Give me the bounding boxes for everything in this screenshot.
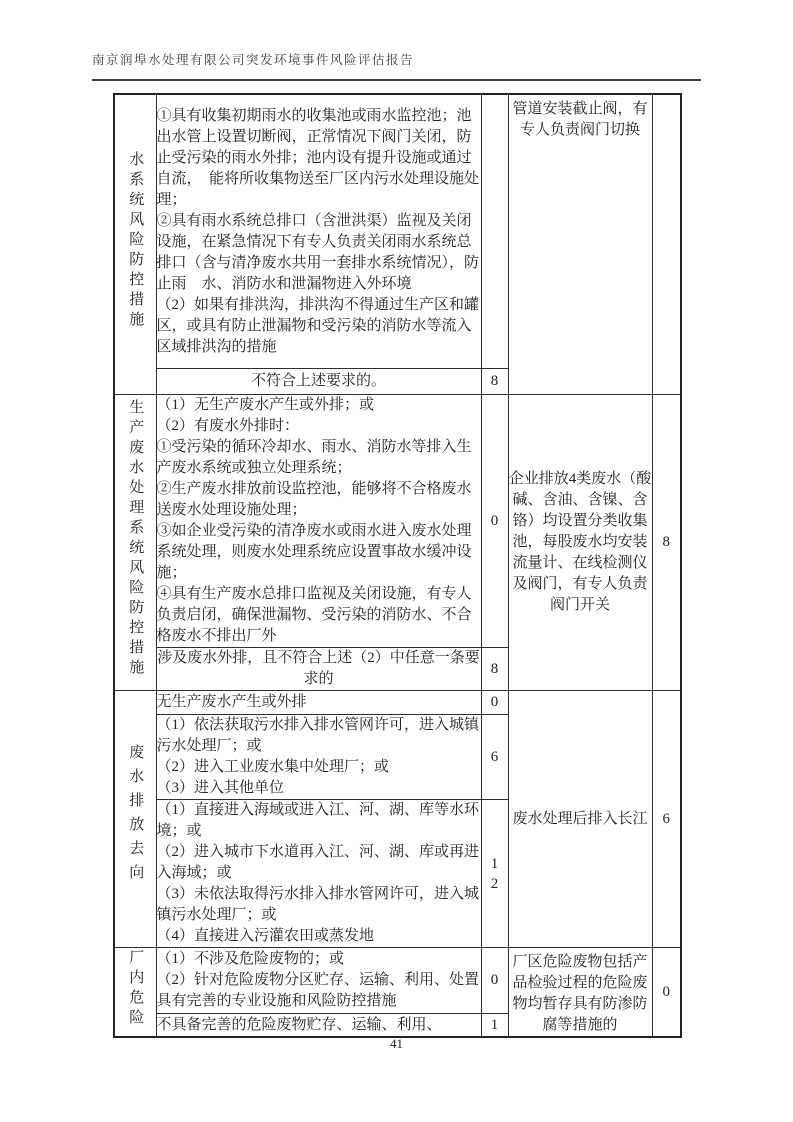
- score-cell: [481, 94, 508, 369]
- score-cell: 0: [481, 948, 508, 1014]
- table-row: 厂内危险 （1）不涉及危险废物的；或 （2）针对危险废物分区贮存、运输、利用、处…: [114, 948, 681, 1014]
- final-score-cell: 8: [652, 395, 681, 691]
- group-label-wastewater-system: 生产废水处理系统风险防控措施: [114, 395, 156, 691]
- score-value: 12: [489, 854, 500, 894]
- group-label-water-system: 水系统风险防控措施: [114, 94, 156, 395]
- criteria-cell: 不具备完善的危险废物贮存、运输、利用、: [156, 1014, 481, 1037]
- group-label-text: 废水排放去向: [115, 744, 155, 888]
- group-label-text: 生产废水处理系统风险防控措施: [115, 399, 155, 679]
- group-label-discharge-destination: 废水排放去向: [114, 691, 156, 948]
- criteria-cell: 不符合上述要求的。: [156, 369, 481, 395]
- final-score-cell: [652, 94, 681, 395]
- criteria-cell: （1）无生产废水产生或外排；或 （2）有废水外排时： ①受污染的循环冷却水、雨水…: [156, 395, 481, 648]
- criteria-cell: （1）不涉及危险废物的；或 （2）针对危险废物分区贮存、运输、利用、处置具有完善…: [156, 948, 481, 1014]
- measure-cell: 管道安装截止阀，有专人负责阀门切换: [508, 94, 652, 395]
- table-row: 废水排放去向 无生产废水产生或外排 0 废水处理后排入长江 6: [114, 691, 681, 715]
- header-title: 南京润埠水处理有限公司突发环境事件风险评估报告: [92, 53, 414, 67]
- measure-cell: 企业排放4类废水（酸碱、含油、含镍、含铬）均设置分类收集池，每股废水均安装流量计…: [508, 395, 652, 691]
- score-cell: 8: [481, 369, 508, 395]
- criteria-cell: （1）直接进入海域或进入江、河、湖、库等水环境；或 （2）进入城市下水道再入江、…: [156, 800, 481, 948]
- score-cell: 12: [481, 800, 508, 948]
- measure-cell: 废水处理后排入长江: [508, 691, 652, 948]
- criteria-cell: （1）依法获取污水排入排水管网许可，进入城镇污水处理厂；或 （2）进入工业废水集…: [156, 715, 481, 800]
- criteria-cell: ①具有收集初期雨水的收集池或雨水监控池；池出水管上设置切断阀，正常情况下阀门关闭…: [156, 94, 481, 369]
- table-row: 生产废水处理系统风险防控措施 （1）无生产废水产生或外排；或 （2）有废水外排时…: [114, 395, 681, 648]
- score-cell: 0: [481, 395, 508, 648]
- score-cell: 8: [481, 648, 508, 691]
- risk-assessment-table: 水系统风险防控措施 ①具有收集初期雨水的收集池或雨水监控池；池出水管上设置切断阀…: [113, 93, 682, 1038]
- score-cell: 0: [481, 691, 508, 715]
- page-number: 41: [0, 1036, 793, 1052]
- score-cell: 1: [481, 1014, 508, 1037]
- group-label-text: 厂内危险: [115, 949, 155, 1029]
- table-row: 水系统风险防控措施 ①具有收集初期雨水的收集池或雨水监控池；池出水管上设置切断阀…: [114, 94, 681, 369]
- group-label-text: 水系统风险防控措施: [115, 151, 155, 331]
- criteria-cell: 无生产废水产生或外排: [156, 691, 481, 715]
- criteria-cell: 涉及废水外排，且不符合上述（2）中任意一条要求的: [156, 648, 481, 691]
- measure-cell: 厂区危险废物包括产品检验过程的危险废物均暂存具有防渗防腐等措施的: [508, 948, 652, 1038]
- page-header: 南京润埠水处理有限公司突发环境事件风险评估报告: [92, 50, 701, 81]
- score-cell: 6: [481, 715, 508, 800]
- final-score-cell: 0: [652, 948, 681, 1038]
- group-label-hazardous-waste: 厂内危险: [114, 948, 156, 1038]
- final-score-cell: 6: [652, 691, 681, 948]
- report-page: 南京润埠水处理有限公司突发环境事件风险评估报告 水系统风险防控措施 ①具有收集初…: [0, 0, 793, 1122]
